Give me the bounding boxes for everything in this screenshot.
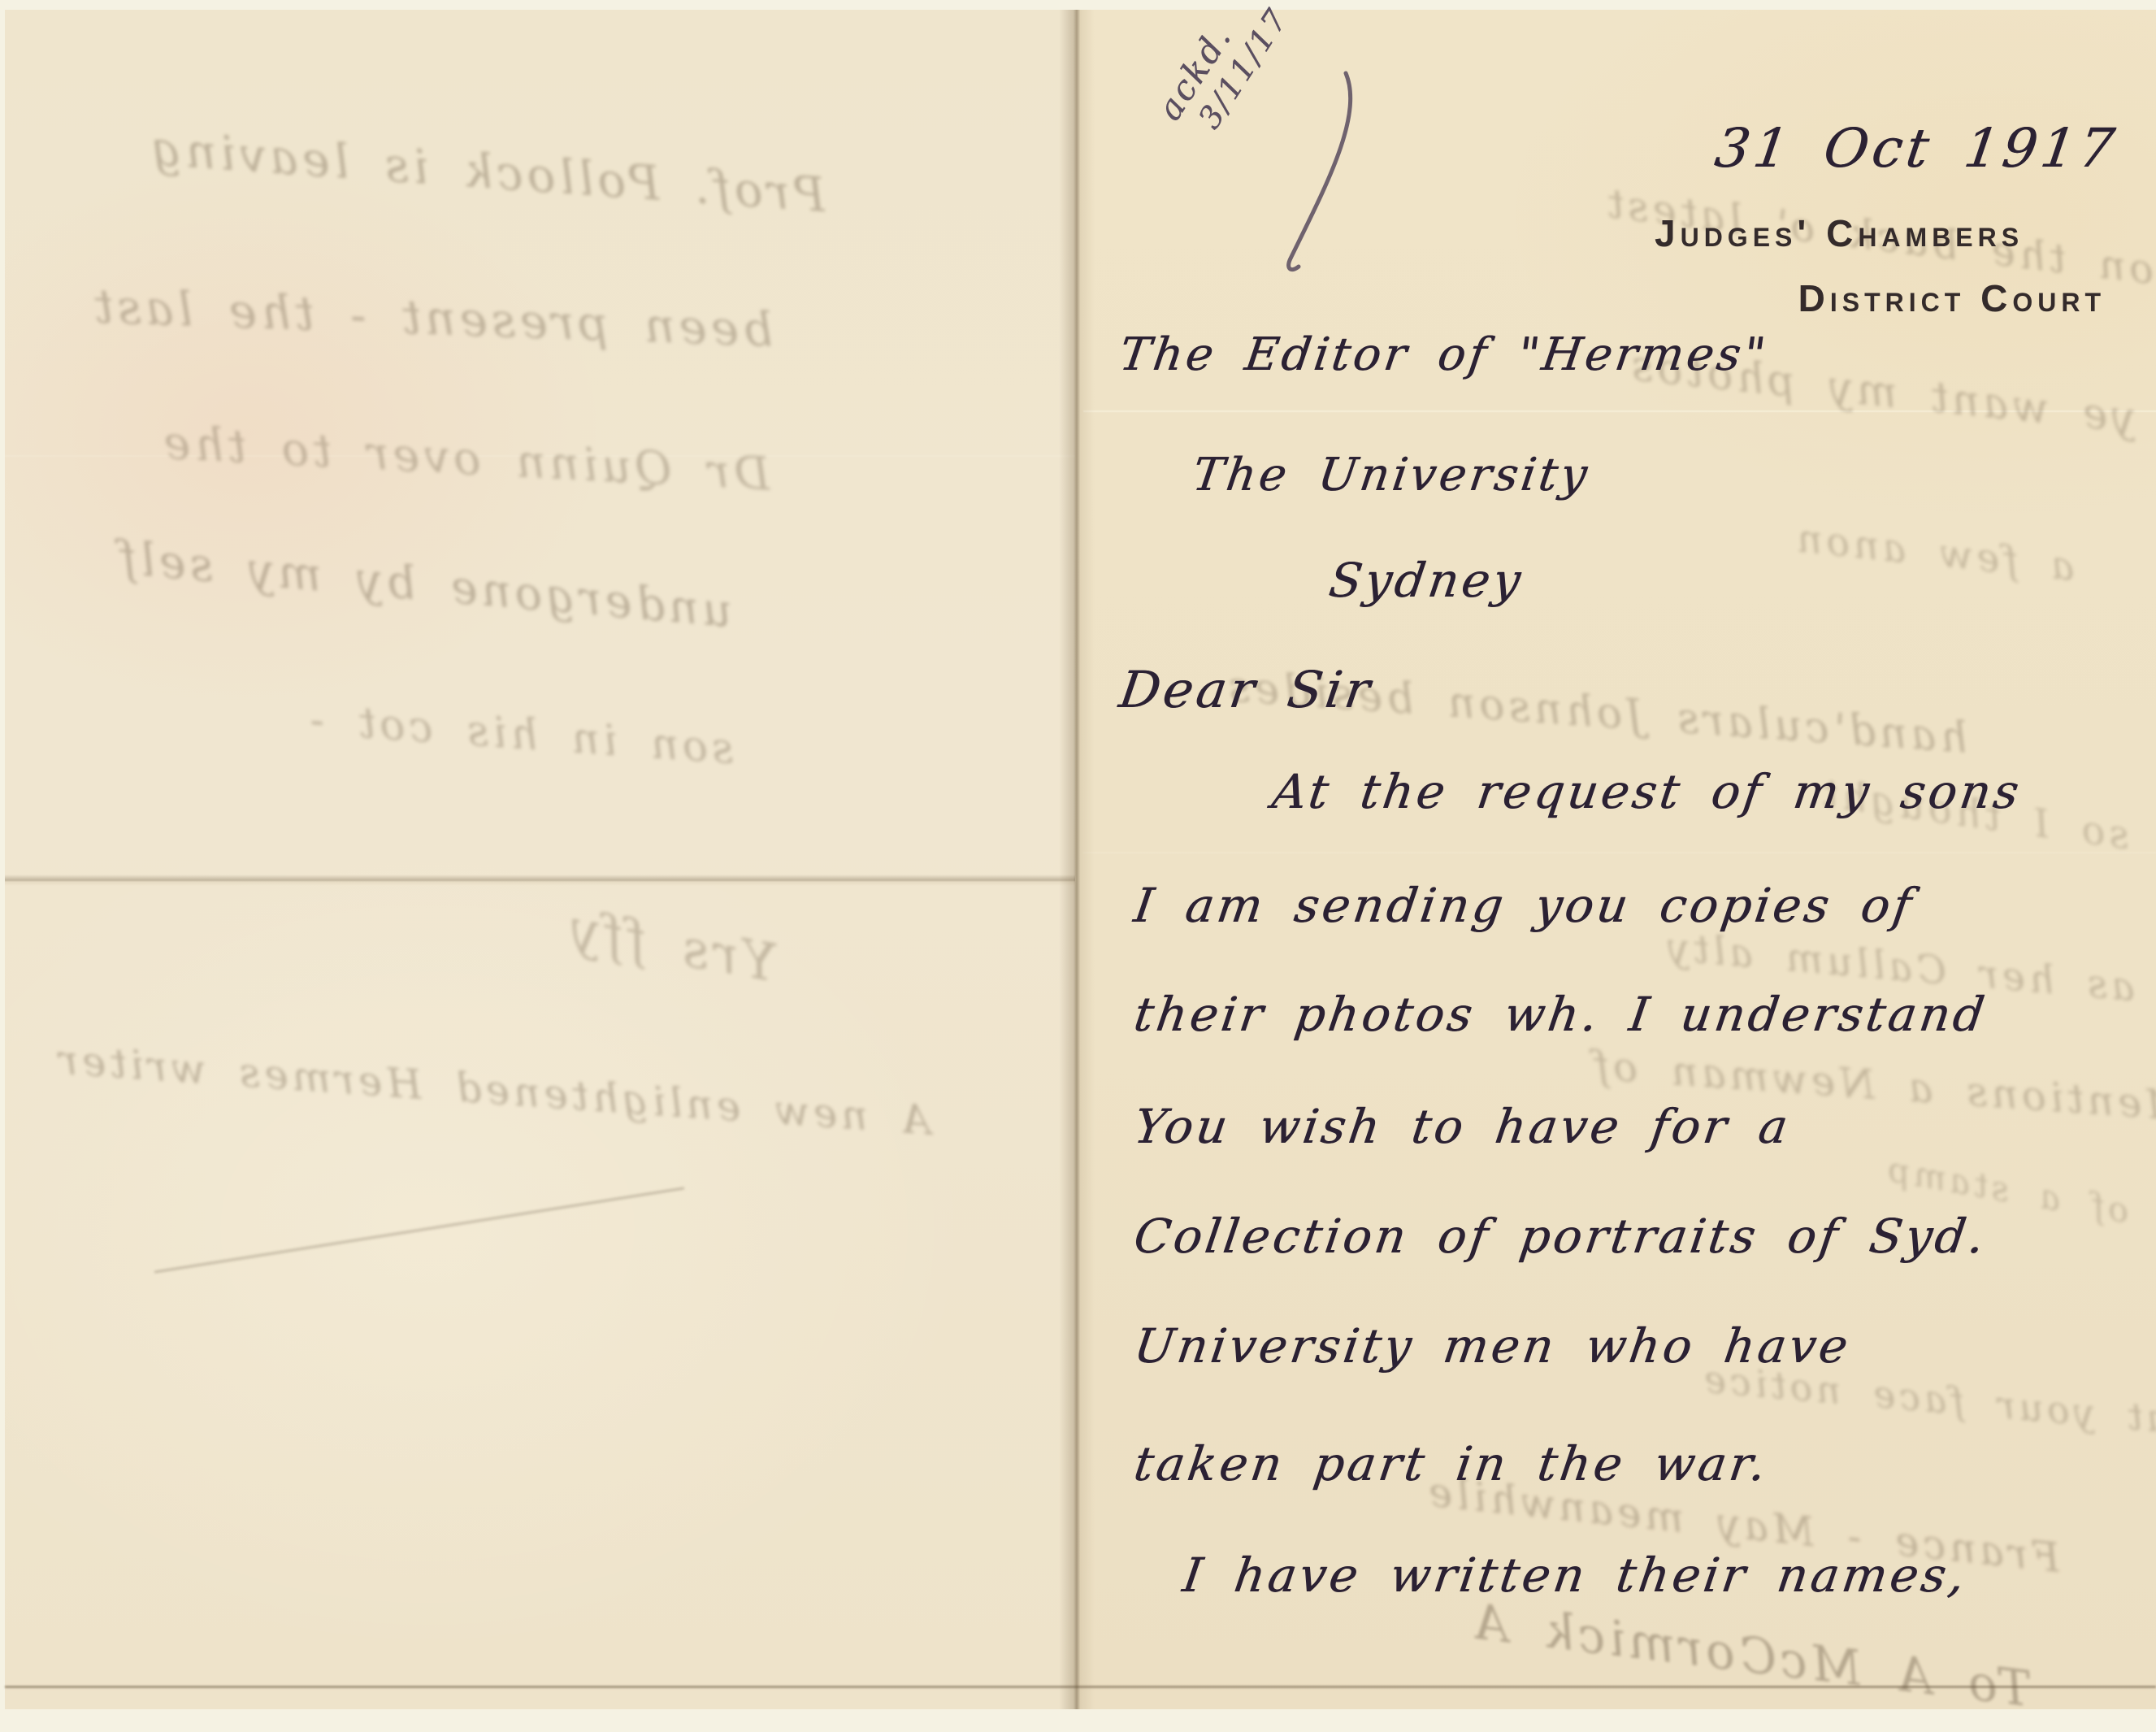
letter-date: 31 Oct 1917: [1711, 117, 2122, 180]
body-line-4: You wish to have for a: [1130, 1099, 1794, 1154]
address-line2: The University: [1189, 449, 1593, 501]
body-line-2: I am sending you copies of: [1130, 878, 1917, 933]
body-line-8: I have written their names,: [1179, 1548, 1971, 1603]
paper-bottom-edge: [5, 1686, 2156, 1688]
body-line-7: taken part in the war.: [1130, 1436, 1772, 1491]
address-line3: Sydney: [1325, 553, 1527, 608]
body-line-5: Collection of portraits of Syd.: [1130, 1209, 1990, 1264]
letterhead-line1: Judges' Chambers: [1655, 211, 2024, 255]
letter-scan: Prof. Pollock is leaving been present - …: [0, 0, 2156, 1732]
salutation: Dear Sir: [1116, 660, 1377, 719]
fold-crease-vertical: [1059, 10, 1095, 1709]
ink-flourish: [1266, 63, 1372, 283]
letterhead-line2: District Court: [1798, 276, 2106, 320]
body-line-1: At the request of my sons: [1269, 764, 2025, 819]
fold-crease-horizontal: [5, 875, 1075, 886]
body-line-3: their photos wh. I understand: [1130, 987, 1990, 1042]
address-line1: The Editor of "Hermes": [1116, 328, 1771, 381]
body-line-6: University men who have: [1130, 1318, 1854, 1374]
page-left: [5, 10, 1075, 1709]
scan-line: [1083, 852, 2156, 853]
paper-sheet: Prof. Pollock is leaving been present - …: [5, 10, 2156, 1709]
